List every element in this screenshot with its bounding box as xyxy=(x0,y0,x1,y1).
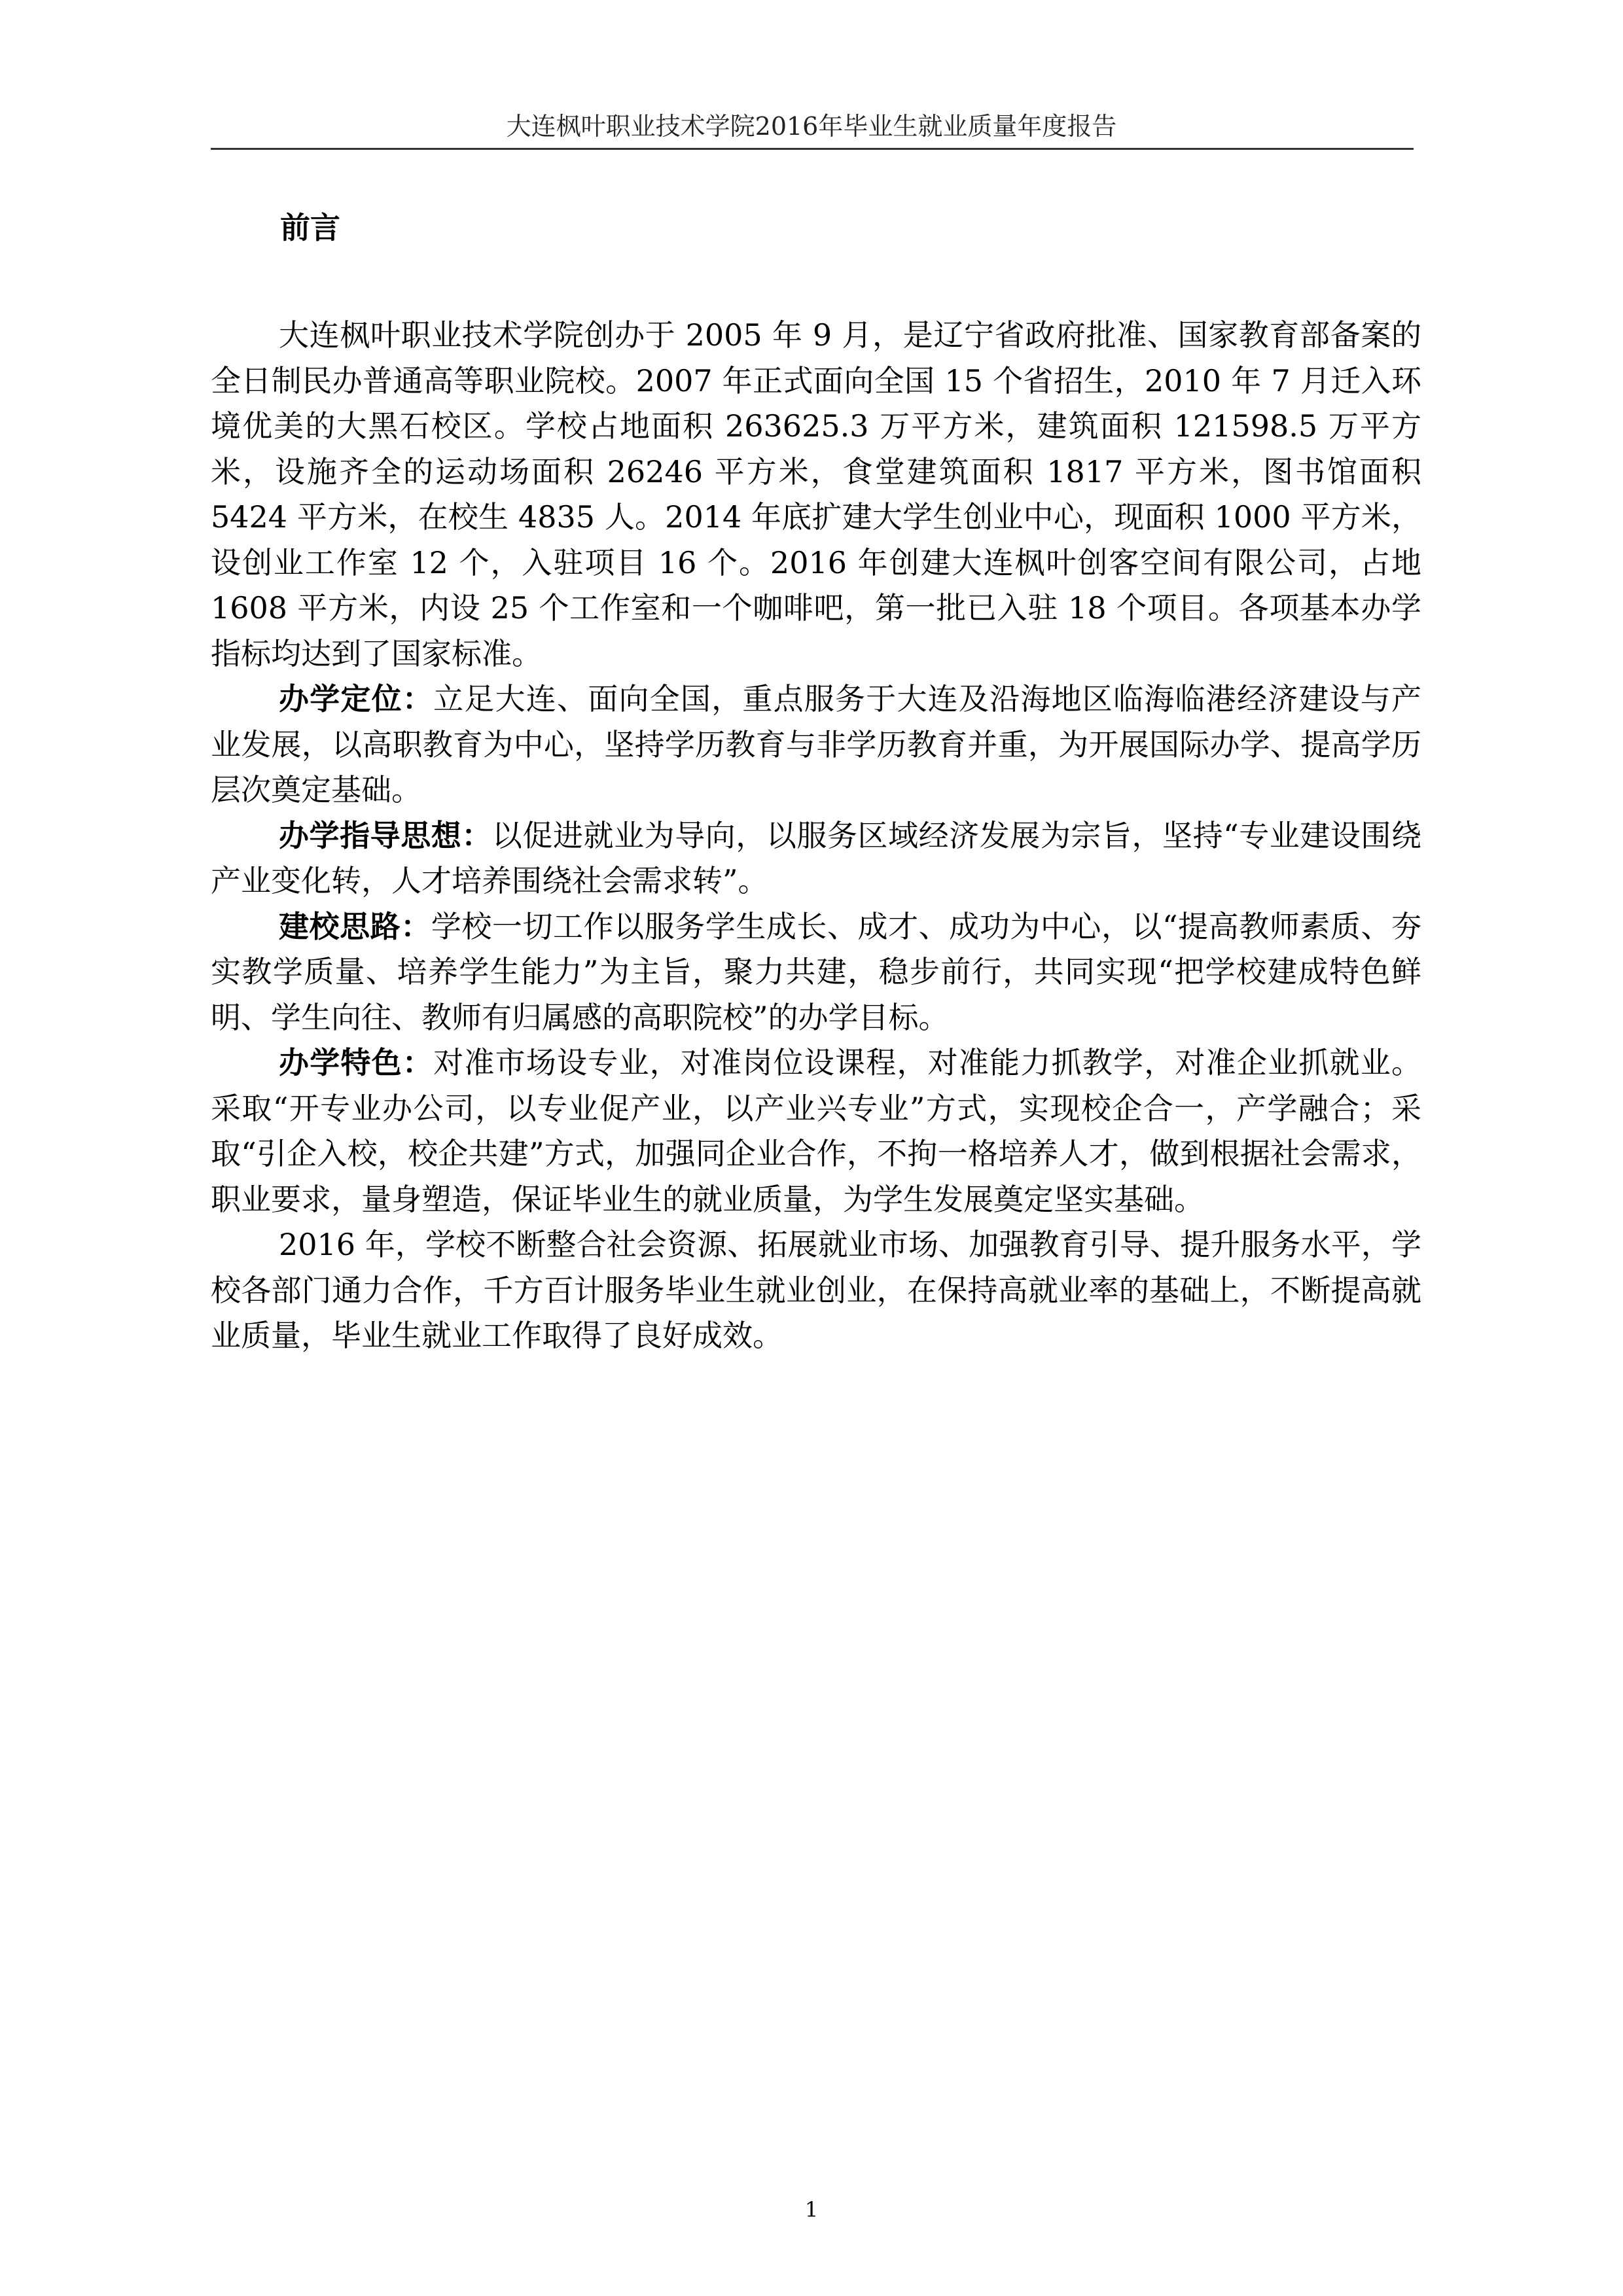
section-title: 前言 xyxy=(280,208,340,247)
paragraph-lead: 建校思路： xyxy=(279,909,431,944)
paragraph-lead: 办学指导思想： xyxy=(279,818,492,853)
paragraph-2016-summary: 2016 年，学校不断整合社会资源、拓展就业市场、加强教育引导、提升服务水平，学… xyxy=(211,1222,1421,1359)
paragraph-text: 大连枫叶职业技术学院创办于 2005 年 9 月，是辽宁省政府批准、国家教育部备… xyxy=(211,317,1421,671)
running-header: 大连枫叶职业技术学院2016年毕业生就业质量年度报告 xyxy=(209,110,1414,143)
paragraph-founding-approach: 建校思路：学校一切工作以服务学生成长、成才、成功为中心，以“提高教师素质、夯实教… xyxy=(211,904,1421,1041)
paragraph-lead: 办学特色： xyxy=(279,1045,433,1080)
paragraph-guiding-ideology: 办学指导思想：以促进就业为导向，以服务区域经济发展为宗旨，坚持“专业建设围绕产业… xyxy=(211,813,1421,904)
paragraph-positioning: 办学定位：立足大连、面向全国，重点服务于大连及沿海地区临海临港经济建设与产业发展… xyxy=(211,677,1421,813)
paragraph-characteristics: 办学特色：对准市场设专业，对准岗位设课程，对准能力抓教学，对准企业抓就业。采取“… xyxy=(211,1040,1421,1222)
paragraph-lead: 办学定位： xyxy=(279,681,433,716)
page-number: 1 xyxy=(0,2197,1623,2222)
body-text: 大连枫叶职业技术学院创办于 2005 年 9 月，是辽宁省政府批准、国家教育部备… xyxy=(211,313,1421,1359)
header-divider xyxy=(211,148,1414,150)
paragraph-text: 2016 年，学校不断整合社会资源、拓展就业市场、加强教育引导、提升服务水平，学… xyxy=(211,1227,1421,1353)
paragraph-intro: 大连枫叶职业技术学院创办于 2005 年 9 月，是辽宁省政府批准、国家教育部备… xyxy=(211,313,1421,677)
